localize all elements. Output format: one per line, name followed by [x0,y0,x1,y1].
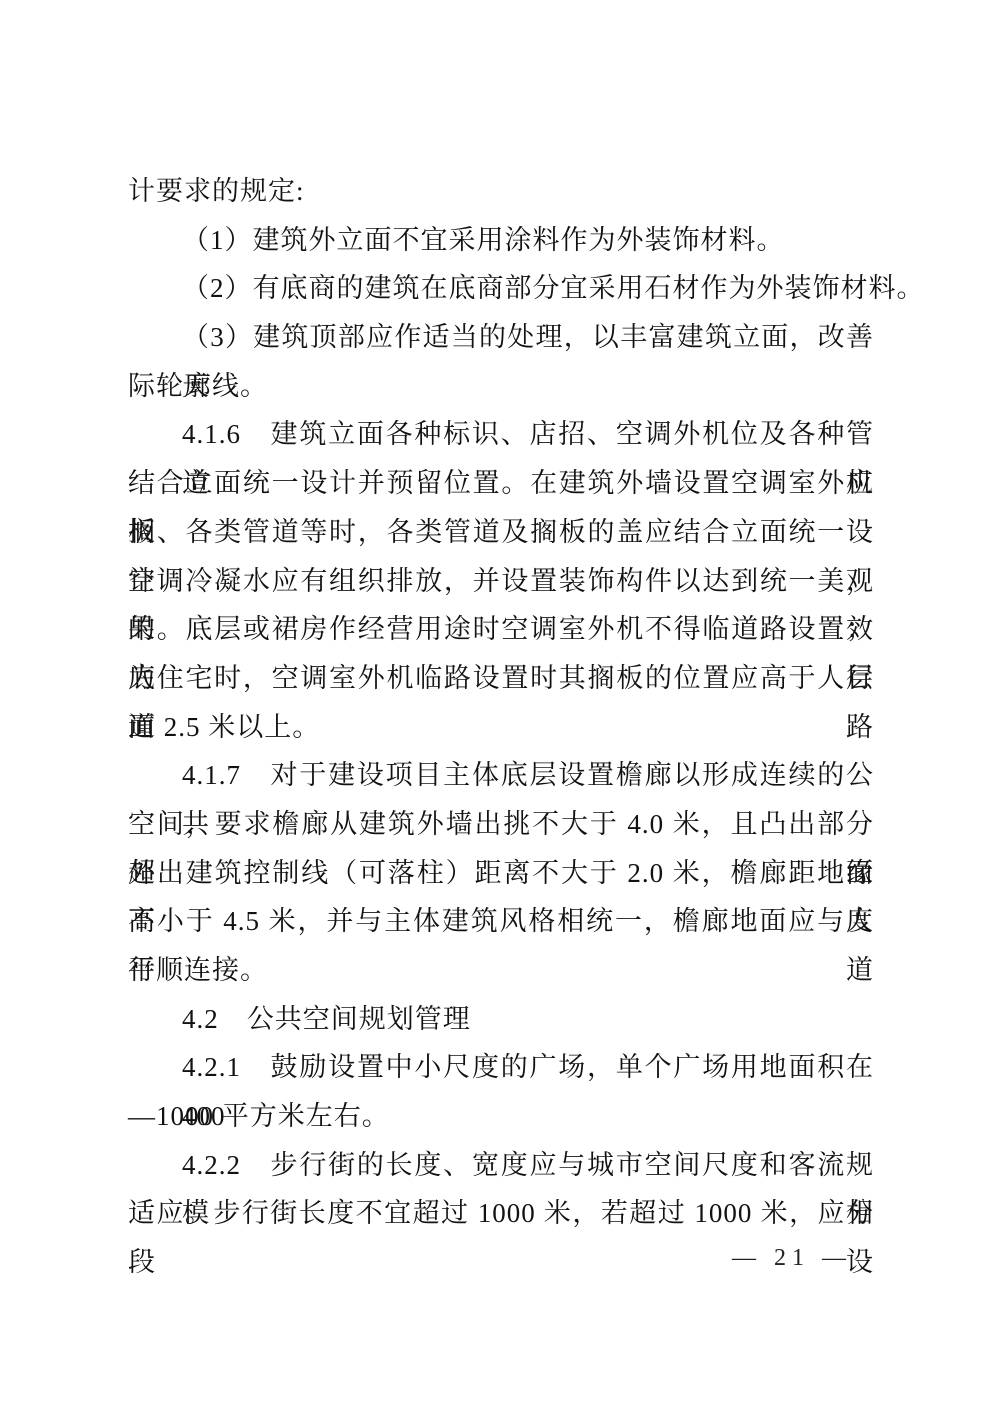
text-line: 4.1.7 对于建设项目主体底层设置檐廊以形成连续的公共 [128,751,874,800]
text-line: 结合立面统一设计并预留位置。在建筑外墙设置空调室外机搁 [128,459,874,508]
text-line: 不小于 4.5 米，并与主体建筑风格相统一，檐廊地面应与人行道 [128,897,874,946]
text-line: 空间，要求檐廊从建筑外墙出挑不大于 4.0 米，且凸出部分外缘 [128,800,874,849]
text-line: 果。底层或裙房作经营用途时空调室外机不得临道路设置；底层 [128,605,874,654]
para-item-3: （3）建筑顶部应作适当的处理，以丰富建筑立面，改善天际轮廓线。 [128,313,874,410]
document-page: 计要求的规定:（1）建筑外立面不宜采用涂料作为外装饰材料。（2）有底商的建筑在底… [0,0,992,1404]
document-body: 计要求的规定:（1）建筑外立面不宜采用涂料作为外装饰材料。（2）有底商的建筑在底… [128,167,874,1238]
text-line: 4.2.1 鼓励设置中小尺度的广场，单个广场用地面积在 400 [128,1043,874,1092]
text-line: 为住宅时，空调室外机临路设置时其搁板的位置应高于人行道路 [128,654,874,703]
text-line: 板、各类管道等时，各类管道及搁板的盖应结合立面统一设计， [128,508,874,557]
text-line: —1000 平方米左右。 [128,1092,874,1141]
text-line: 4.1.6 建筑立面各种标识、店招、空调外机位及各种管道应 [128,410,874,459]
para-item-1: （1）建筑外立面不宜采用涂料作为外装饰材料。 [128,216,874,265]
para-4-2-2: 4.2.2 步行街的长度、宽度应与城市空间尺度和客流规模相适应。步行街长度不宜超… [128,1141,874,1238]
para-4-1-6: 4.1.6 建筑立面各种标识、店招、空调外机位及各种管道应结合立面统一设计并预留… [128,410,874,751]
page-number: — 21 — [732,1245,852,1271]
text-line: （3）建筑顶部应作适当的处理，以丰富建筑立面，改善天 [128,313,874,362]
para-item-2: （2）有底商的建筑在底商部分宜采用石材作为外装饰材料。 [128,264,874,313]
para-4-1-7: 4.1.7 对于建设项目主体底层设置檐廊以形成连续的公共空间，要求檐廊从建筑外墙… [128,751,874,994]
text-line: （2）有底商的建筑在底商部分宜采用石材作为外装饰材料。 [128,264,874,313]
text-line: 适应。步行街长度不宜超过 1000 米，若超过 1000 米，应分段设 [128,1189,874,1238]
text-line: 空调冷凝水应有组织排放，并设置装饰构件以达到统一美观的效 [128,557,874,606]
para-4-2-heading: 4.2 公共空间规划管理 [128,995,874,1044]
text-line: 计要求的规定: [128,167,874,216]
para-continuation-design-requirements: 计要求的规定: [128,167,874,216]
para-4-2-1: 4.2.1 鼓励设置中小尺度的广场，单个广场用地面积在 400—1000 平方米… [128,1043,874,1140]
text-line: （1）建筑外立面不宜采用涂料作为外装饰材料。 [128,216,874,265]
text-line: 超出建筑控制线（可落柱）距离不大于 2.0 米，檐廊距地面高度 [128,849,874,898]
text-line: 4.2 公共空间规划管理 [128,995,874,1044]
text-line: 4.2.2 步行街的长度、宽度应与城市空间尺度和客流规模相 [128,1141,874,1190]
page-footer: — 21 — [732,1238,852,1278]
text-line: 际轮廓线。 [128,362,874,411]
